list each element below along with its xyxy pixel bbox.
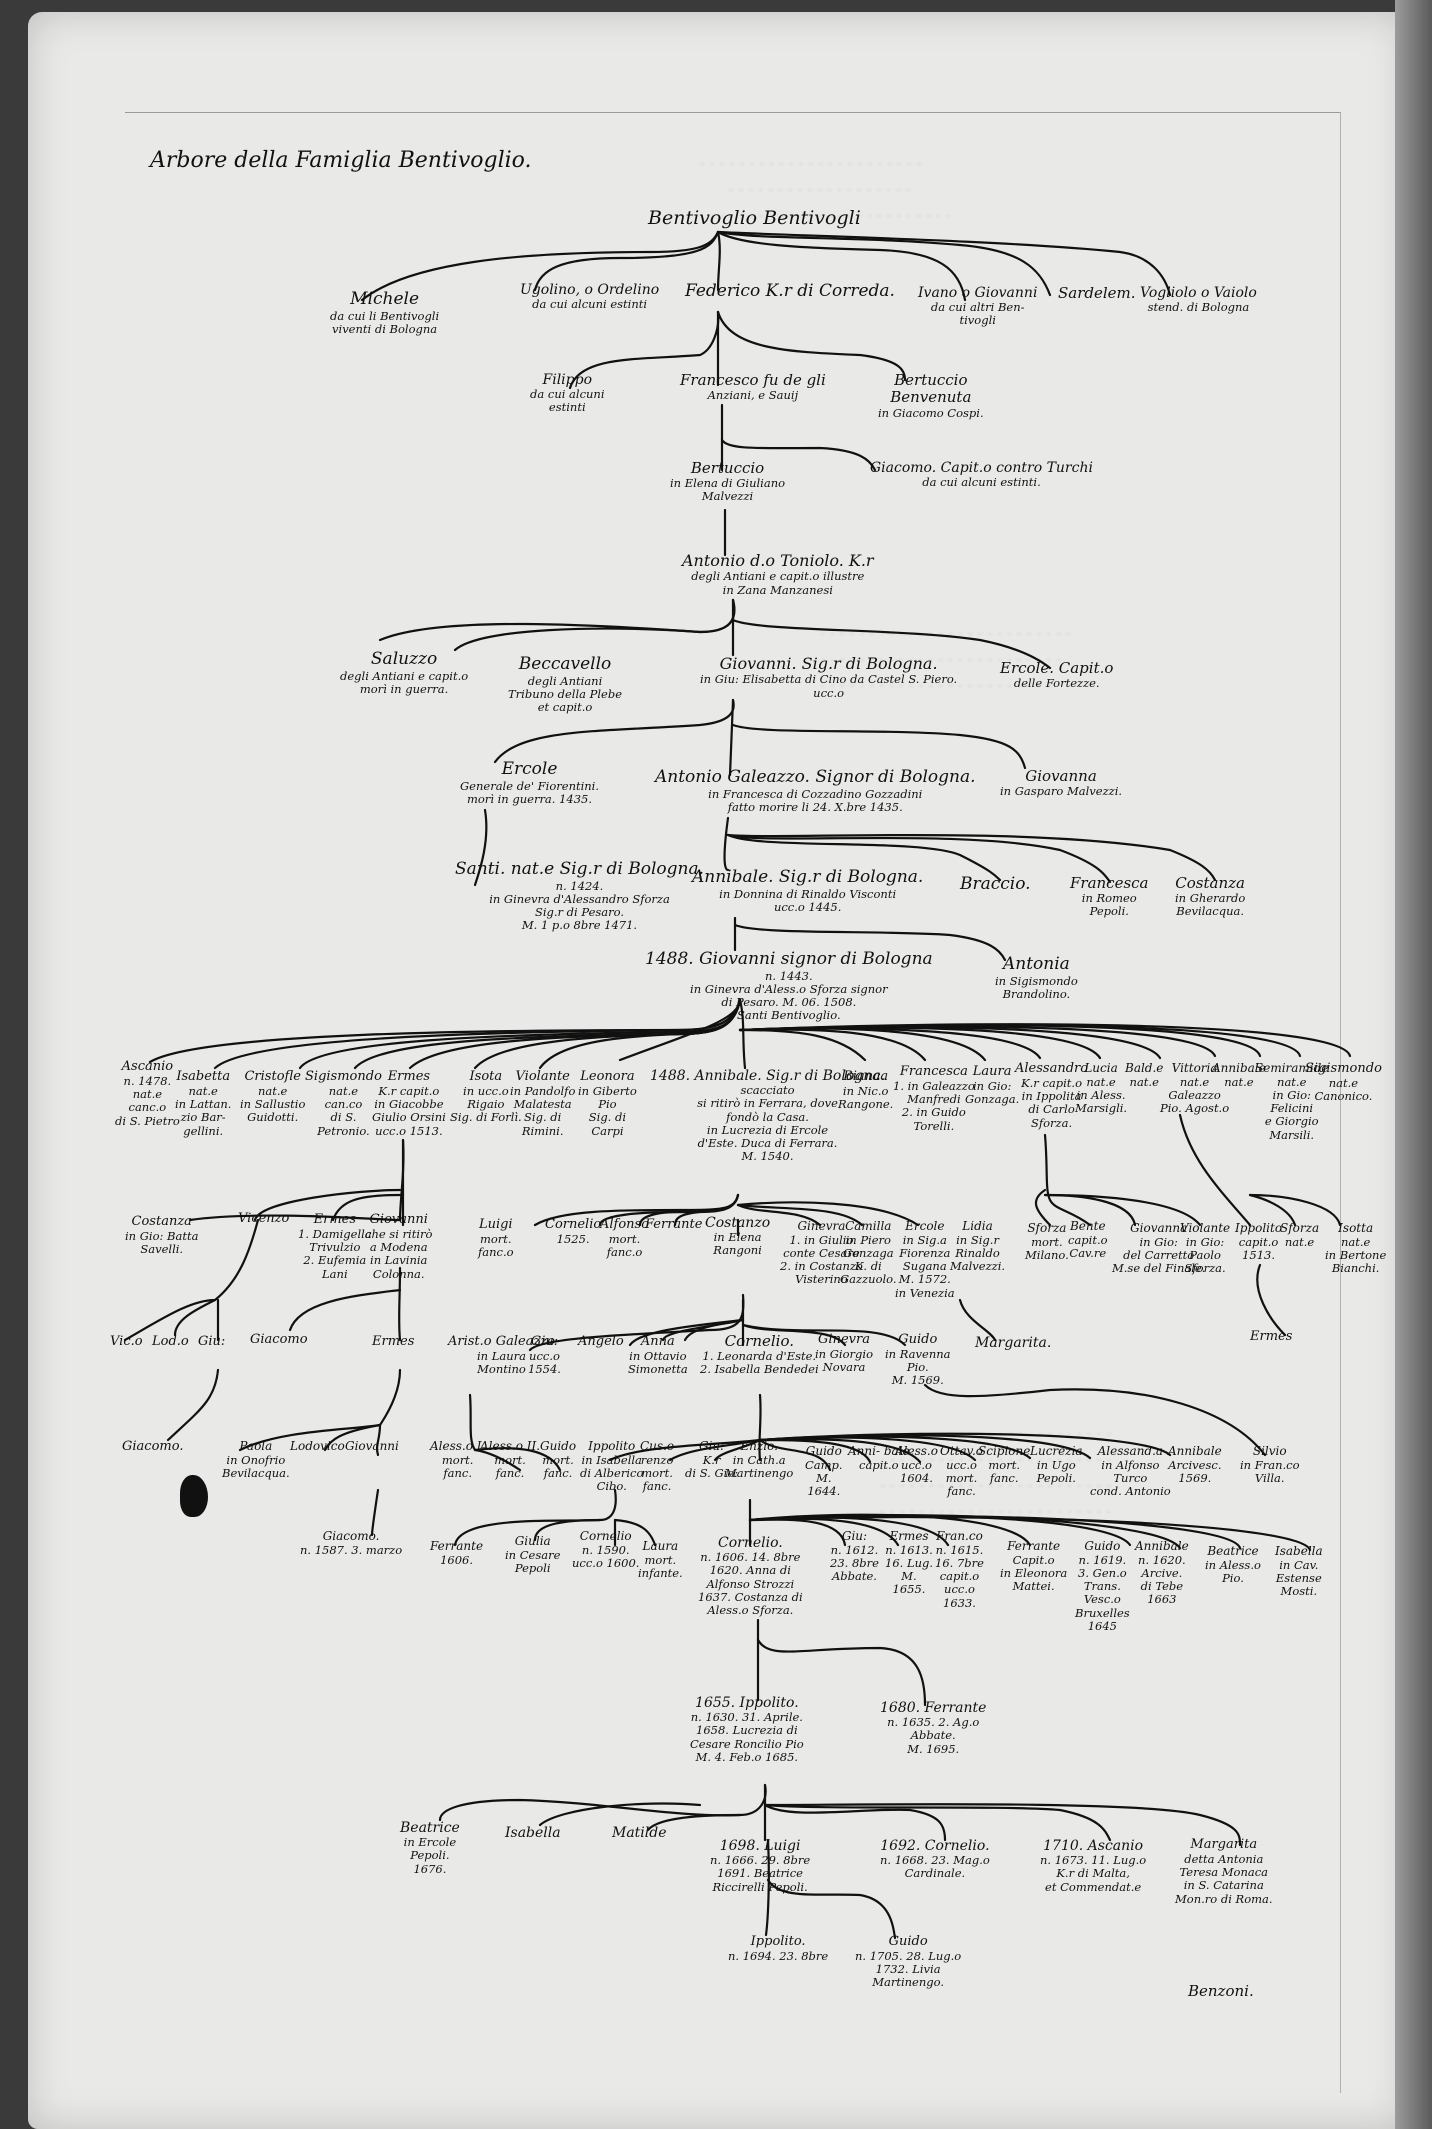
tree-node: Aless.o I.mort.fanc. [430, 1440, 485, 1480]
tree-node: Violantein PandolfoMalatestaSig. diRimin… [510, 1070, 575, 1138]
tree-node: Ippolitoin Isabelladi AlbericoCibo. [580, 1440, 643, 1493]
tree-node: Ferrante1606. [430, 1540, 483, 1567]
tree-node: Camillain PieroGonzagaK. diGazzuolo. [840, 1220, 897, 1287]
tree-node-root: Bentivoglio Bentivogli [648, 208, 861, 230]
tree-node: Sigismondonat.eCanonico. [1305, 1062, 1382, 1103]
tree-node: GuidoCamp.M.1644. [805, 1445, 843, 1498]
tree-node: Annibale. Sig.r di Bologna. in Donnina d… [692, 868, 923, 914]
tree-node: Laurain Gio:Gonzaga. [965, 1065, 1019, 1106]
tree-node: Costanzoin ElenaRangoni [705, 1215, 770, 1258]
tree-node: Beatricein ErcolePepoli.1676. [400, 1820, 460, 1876]
tree-node: Isabettanat.ein Lattan.zio Bar-gellini. [175, 1070, 231, 1138]
tree-node: Lucreziain UgoPepoli. [1030, 1445, 1083, 1485]
tree-node: Annain OttavioSimonetta [628, 1335, 688, 1376]
tree-node: Ermes [372, 1335, 414, 1350]
tree-node: Cornelio1525. [545, 1218, 601, 1246]
tree-node: Biancain Nic.oRangone. [838, 1070, 893, 1111]
tree-node: Giu:n. 1612.23. 8breAbbate. [830, 1530, 879, 1583]
tree-node: Enzio.in Cath.aMartinengo [725, 1440, 793, 1480]
tree-node: Cornelion. 1590.ucc.o 1600. [572, 1530, 639, 1570]
tree-node: 1488. Giovanni signor di Bologna n. 1443… [645, 950, 933, 1022]
tree-node: Aless.oucc.o1604. [895, 1445, 938, 1485]
tree-node: Scipionemort.fanc. [978, 1445, 1030, 1485]
tree-node: Lucianat.ein Aless.Marsigli. [1075, 1062, 1127, 1115]
tree-node: Sardelem. [1058, 285, 1136, 302]
tree-node: Ercolein Sig.aFiorenzaSuganaM. 1572.in V… [895, 1220, 955, 1300]
tree-node: Ferrante [645, 1218, 702, 1233]
tree-node: Bentecapit.oCav.re [1068, 1220, 1108, 1260]
tree-node: Sigismondonat.ecan.codi S.Petronio. [305, 1070, 382, 1138]
tree-node: Margaritadetta AntoniaTeresa Monacain S.… [1175, 1838, 1273, 1906]
tree-node: Giacomo [250, 1333, 308, 1348]
signature: Benzoni. [1188, 1982, 1254, 2000]
tree-node: Isabella [505, 1825, 561, 1841]
person-name: Bentivoglio Bentivogli [648, 208, 861, 230]
tree-node: Cornelio.n. 1606. 14. 8bre1620. Anna diA… [698, 1535, 803, 1617]
tree-node: ErmesK.r capit.oin GiacobbeGiulio Orsini… [372, 1070, 446, 1138]
tree-node: Michele da cui li Bentivogliviventi di B… [330, 290, 439, 336]
tree-node: Fran.con. 1615.16. 7brecapit.oucc.o1633. [935, 1530, 984, 1610]
tree-node: Luigimort.fanc.o [478, 1218, 514, 1259]
tree-node: Ippolito.n. 1694. 23. 8bre [728, 1935, 828, 1963]
tree-node: Giovanni. Sig.r di Bologna. in Giu: Elis… [700, 655, 957, 700]
tree-node: Francesco fu de gli Anziani, e Sauij [680, 372, 826, 402]
tree-node: Vicenzo [238, 1212, 289, 1227]
tree-node: Cornelio.1. Leonarda d'Este.2. Isabella … [700, 1333, 819, 1377]
tree-node: 1698. Luigin. 1666. 29. 8bre1691. Beatri… [710, 1838, 810, 1894]
ink-blot [180, 1475, 208, 1517]
tree-node: 1680. Ferranten. 1635. 2. Ag.oAbbate.M. … [880, 1700, 986, 1756]
tree-node: Giacomo. Capit.o contro Turchi da cui al… [870, 460, 1093, 489]
tree-node: 1655. Ippolito.n. 1630. 31. Aprile.1658.… [690, 1695, 804, 1764]
tree-node: Lauramort.infante. [638, 1540, 683, 1580]
tree-node: Ippolitocapit.o1513. [1235, 1222, 1282, 1262]
tree-node: Ercole. Capit.o delle Fortezze. [1000, 660, 1113, 690]
tree-node: Lodovico [290, 1440, 345, 1454]
tree-node: Filippo da cui alcuniestinti [530, 372, 605, 415]
tree-node: Angelo [578, 1335, 624, 1350]
tree-node: Paolain OnofrioBevilacqua. [222, 1440, 290, 1480]
tree-node: Francesca1. in GaleazzoManfredi2. in Gui… [893, 1065, 975, 1133]
tree-node: Alfonsomort.fanc.o [600, 1218, 649, 1259]
tree-node: Saluzzo degli Antiani e capit.omorì in g… [340, 650, 468, 696]
tree-node: Guidomort.fanc. [540, 1440, 576, 1480]
tree-node: Ascanion. 1478.nat.ecanc.odi S. Pietro [115, 1060, 180, 1128]
tree-node: Costanzain Gio: BattaSavelli. [125, 1215, 198, 1256]
tree-node: Isabellain Cav.EstenseMosti. [1275, 1545, 1323, 1598]
tree-node: Cus.orenzomort.fanc. [640, 1440, 674, 1493]
tree-node: Giovanna in Gasparo Malvezzi. [1000, 768, 1122, 798]
tree-node: Silvioin Fran.coVilla. [1240, 1445, 1300, 1485]
tree-node: Antonio d.o Toniolo. K.r degli Antiani e… [682, 552, 874, 597]
tree-node: Sforzanat.e [1280, 1222, 1319, 1249]
tree-node: Lod.o [152, 1335, 189, 1350]
tree-node: Annibalen. 1620.Arcive.di Tebe1663 [1135, 1540, 1189, 1607]
tree-node: Beatricein Aless.oPio. [1205, 1545, 1261, 1585]
tree-node: Costanza in GherardoBevilacqua. [1175, 875, 1245, 919]
tree-node: Alessand.ain AlfonsoTurcocond. Antonio [1090, 1445, 1171, 1498]
tree-node: Antonio Galeazzo. Signor di Bologna. in … [655, 768, 976, 814]
tree-node: Vogliolo o Vaiolo stend. di Bologna [1140, 285, 1257, 314]
tree-node: Aless.o II.mort.fanc. [480, 1440, 540, 1480]
tree-node: Cristoflenat.ein SallustioGuidotti. [240, 1070, 305, 1125]
tree-node: Ermesn. 1613.16. Lug.M.1655. [885, 1530, 933, 1597]
tree-node: Ottav.oucc.omort.fanc. [940, 1445, 983, 1498]
tree-node: Violantein Gio:PaoloSforza. [1180, 1222, 1230, 1275]
tree-node: Giu:ucc.o1554. [528, 1335, 561, 1376]
tree-node: Giacomo. [122, 1440, 183, 1455]
tree-node: Ermes [1250, 1330, 1292, 1345]
tree-node: Federico K.r di Correda. [685, 282, 895, 302]
tree-node: Giovanni [345, 1440, 399, 1454]
tree-node: Francesca in RomeoPepoli. [1070, 875, 1149, 919]
tree-node: FerranteCapit.oin EleonoraMattei. [1000, 1540, 1067, 1593]
tree-node: Bertuccio in Elena di GiulianoMalvezzi [670, 460, 785, 504]
tree-node: Giu: [198, 1335, 225, 1350]
tree-node: Lidiain Sig.rRinaldoMalvezzi. [950, 1220, 1005, 1273]
tree-node: Giacomo.n. 1587. 3. marzo [300, 1530, 402, 1557]
tree-node: Sforzamort.Milano. [1025, 1222, 1069, 1262]
tree-node: Guidon. 1619.3. Gen.oTrans.Vesc.oBruxell… [1075, 1540, 1130, 1633]
tree-node: Isottanat.ein BertoneBianchi. [1325, 1222, 1386, 1275]
tree-node: Bald.enat.e [1125, 1062, 1163, 1089]
tree-node: Bertuccio Benvenuta in Giacomo Cospi. [878, 372, 984, 420]
tree-node: Ginevrain GiorgioNovara [815, 1333, 873, 1374]
tree-node: Guidoin RavennaPio.M. 1569. [885, 1333, 951, 1388]
tree-node: Ivano o Giovanni da cui altri Ben-tivogl… [918, 285, 1037, 328]
tree-node: 1710. Ascanion. 1673. 11. Lug.oK.r di Ma… [1040, 1838, 1146, 1894]
tree-node: Ercole Generale de' Fiorentini.morì in g… [460, 760, 599, 806]
tree-node: 1692. Cornelio.n. 1668. 23. Mag.oCardina… [880, 1838, 990, 1881]
tree-node: Guidon. 1705. 28. Lug.o1732. LiviaMartin… [855, 1935, 961, 1990]
document-title: Arbore della Famiglia Bentivoglio. [150, 148, 532, 173]
tree-node: AnnibaleArcivesc.1569. [1168, 1445, 1222, 1485]
tree-node: Santi. nat.e Sig.r di Bologna. n. 1424.i… [455, 860, 704, 932]
tree-node: Antonia in SigismondoBrandolino. [995, 955, 1078, 1001]
tree-node: Braccio. [960, 875, 1031, 895]
tree-node: Giuliain CesarePepoli [505, 1535, 560, 1575]
tree-node: Beccavello degli AntianiTribuno della Pl… [508, 655, 622, 714]
tree-node: Ugolino, o Ordelino da cui alcuni estint… [520, 282, 659, 311]
tree-node: Giovanniche si ritiròa Modenain LaviniaC… [365, 1213, 432, 1281]
tree-node: Ermes1. DamigellaTrivulzio2. EufemiaLani [298, 1213, 372, 1281]
tree-node: Leonorain GibertoPioSig. diCarpi [578, 1070, 637, 1138]
tree-node: Vic.o [110, 1335, 143, 1350]
tree-node: Matilde [612, 1825, 667, 1841]
tree-node: Margarita. [975, 1335, 1051, 1351]
